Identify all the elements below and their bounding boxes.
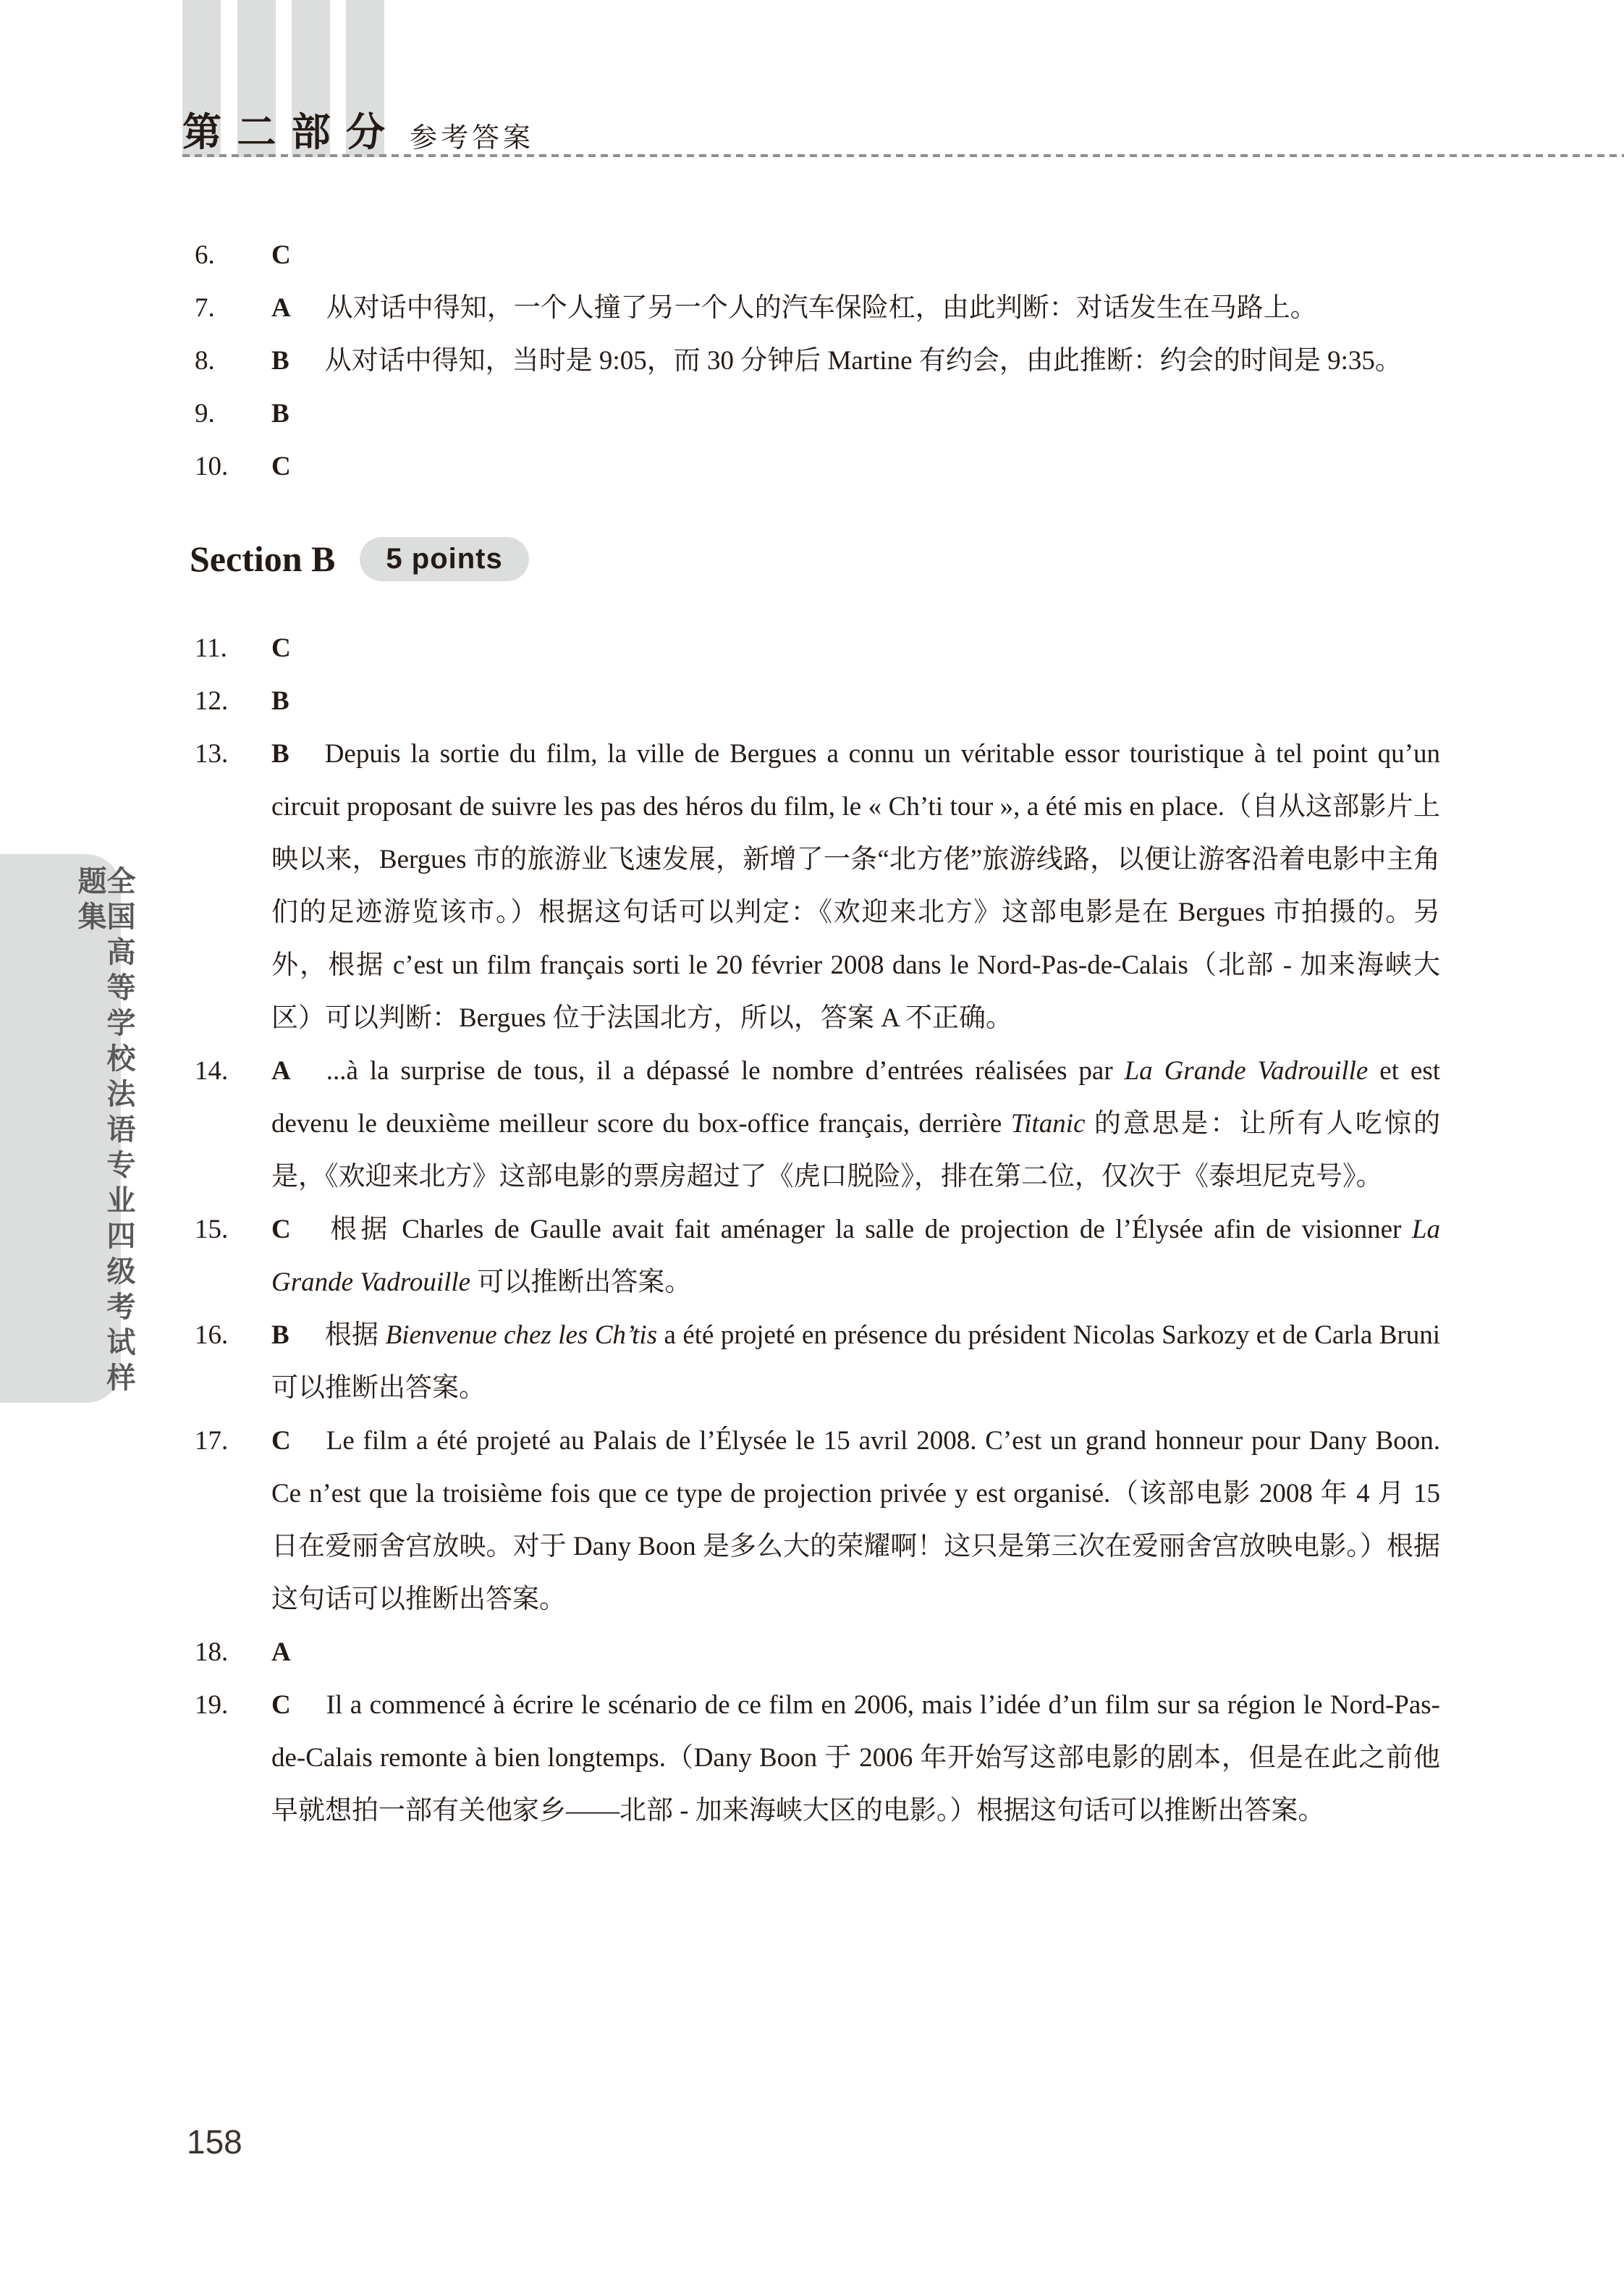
- answer-number: 12.: [195, 675, 271, 727]
- answer-item: 17.CLe film a été projeté au Palais de l…: [195, 1414, 1440, 1626]
- answer-letter: B: [271, 739, 289, 769]
- answer-letter: C: [271, 1690, 291, 1720]
- answer-body: CIl a commencé à écrire le scénario de c…: [271, 1679, 1440, 1837]
- answer-letter: B: [271, 346, 289, 376]
- answer-number: 6.: [195, 229, 271, 282]
- answer-letter: A: [271, 293, 291, 323]
- answer-item: 18.A: [195, 1626, 1440, 1679]
- part-title-char: 部: [292, 113, 330, 152]
- answer-item: 9.B: [195, 387, 1440, 440]
- answer-number: 19.: [195, 1679, 271, 1731]
- answer-letter: C: [271, 452, 291, 481]
- answer-body: C根据 Charles de Gaulle avait fait aménage…: [271, 1203, 1440, 1309]
- answer-body: A: [271, 1626, 1440, 1679]
- answer-item: 19.CIl a commencé à écrire le scénario d…: [195, 1679, 1440, 1837]
- answer-number: 14.: [195, 1045, 271, 1097]
- answer-item: 12.B: [195, 675, 1440, 727]
- answer-text: Depuis la sortie du film, la ville de Be…: [271, 739, 1440, 1033]
- answer-body: B: [271, 675, 1440, 727]
- answer-text: 可以推断出答案。: [470, 1267, 691, 1297]
- answer-number: 16.: [195, 1309, 271, 1362]
- answer-body: A...à la surprise de tous, il a dépassé …: [271, 1045, 1440, 1203]
- answer-text: Le film a été projeté au Palais de l’Ély…: [271, 1426, 1440, 1614]
- answer-item: 16.B根据 Bienvenue chez les Ch’tis a été p…: [195, 1309, 1440, 1414]
- answer-body: B: [271, 387, 1440, 440]
- section-b-heading: Section B 5 points: [190, 533, 1440, 586]
- answer-letter: C: [271, 633, 291, 663]
- page-number: 158: [187, 2125, 242, 2159]
- answer-letter: A: [271, 1637, 291, 1667]
- answer-number: 18.: [195, 1626, 271, 1679]
- answer-letter: B: [271, 399, 289, 429]
- answer-body: B从对话中得知，当时是 9:05，而 30 分钟后 Martine 有约会，由此…: [271, 334, 1440, 387]
- part-title-char: 二: [237, 113, 275, 152]
- points-badge: 5 points: [360, 537, 528, 581]
- answer-text: 根据 Charles de Gaulle avait fait aménager…: [326, 1215, 1412, 1244]
- italic-film-title: La Grande Vadrouille: [1125, 1056, 1369, 1086]
- answer-number: 7.: [195, 282, 271, 334]
- answer-text: 从对话中得知，一个人撞了另一个人的汽车保险杠，由此判断：对话发生在马路上。: [326, 293, 1317, 323]
- answer-body: BDepuis la sortie du film, la ville de B…: [271, 727, 1440, 1045]
- section-b-title: Section B: [190, 533, 335, 586]
- page: 第 二 部 分 参考答案 全国高等学校法语专业四级考试样题集 6.C7.A从对话…: [0, 0, 1624, 2270]
- answers-section-a: 6.C7.A从对话中得知，一个人撞了另一个人的汽车保险杠，由此判断：对话发生在马…: [195, 229, 1440, 493]
- answer-body: C: [271, 622, 1440, 675]
- sidebar-tab: 全国高等学校法语专业四级考试样题集: [0, 854, 121, 1403]
- answer-item: 11.C: [195, 622, 1440, 675]
- header-divider: [182, 154, 1624, 157]
- answer-item: 14.A...à la surprise de tous, il a dépas…: [195, 1045, 1440, 1203]
- answer-list: 6.C7.A从对话中得知，一个人撞了另一个人的汽车保险杠，由此判断：对话发生在马…: [195, 229, 1440, 1837]
- answer-text: ...à la surprise de tous, il a dépassé l…: [326, 1056, 1125, 1086]
- answer-text: 根据: [325, 1320, 386, 1350]
- part-title: 第 二 部 分: [182, 113, 384, 152]
- answer-item: 10.C: [195, 440, 1440, 493]
- answer-letter: C: [271, 1426, 291, 1456]
- answer-number: 15.: [195, 1203, 271, 1256]
- part-title-char: 第: [182, 113, 221, 152]
- header-subtitle: 参考答案: [410, 125, 534, 152]
- answer-body: C: [271, 440, 1440, 493]
- answer-number: 9.: [195, 387, 271, 440]
- answer-body: B根据 Bienvenue chez les Ch’tis a été proj…: [271, 1309, 1440, 1414]
- answer-letter: B: [271, 1320, 289, 1350]
- answer-letter: C: [271, 1215, 291, 1244]
- answer-number: 11.: [195, 622, 271, 675]
- answer-number: 8.: [195, 334, 271, 387]
- answer-letter: A: [271, 1056, 291, 1086]
- answer-item: 15.C根据 Charles de Gaulle avait fait amén…: [195, 1203, 1440, 1309]
- answer-text: Il a commencé à écrire le scénario de ce…: [271, 1690, 1440, 1826]
- answer-number: 17.: [195, 1414, 271, 1467]
- answer-item: 8.B从对话中得知，当时是 9:05，而 30 分钟后 Martine 有约会，…: [195, 334, 1440, 387]
- answer-text: 从对话中得知，当时是 9:05，而 30 分钟后 Martine 有约会，由此推…: [325, 346, 1402, 376]
- answer-item: 13.BDepuis la sortie du film, la ville d…: [195, 727, 1440, 1045]
- answer-body: A从对话中得知，一个人撞了另一个人的汽车保险杠，由此判断：对话发生在马路上。: [271, 282, 1440, 334]
- answer-letter: C: [271, 240, 291, 270]
- answer-item: 6.C: [195, 229, 1440, 282]
- italic-film-title: Bienvenue chez les Ch’tis: [386, 1320, 658, 1350]
- answers-section-b: 11.C12.B13.BDepuis la sortie du film, la…: [195, 622, 1440, 1837]
- answer-letter: B: [271, 686, 289, 716]
- answer-number: 13.: [195, 727, 271, 780]
- answer-body: CLe film a été projeté au Palais de l’Él…: [271, 1414, 1440, 1626]
- answer-number: 10.: [195, 440, 271, 493]
- answer-body: C: [271, 229, 1440, 282]
- answer-item: 7.A从对话中得知，一个人撞了另一个人的汽车保险杠，由此判断：对话发生在马路上。: [195, 282, 1440, 334]
- part-title-char: 分: [346, 113, 384, 152]
- sidebar-tab-label: 全国高等学校法语专业四级考试样题集: [75, 866, 133, 1403]
- italic-film-title: Titanic: [1011, 1109, 1086, 1139]
